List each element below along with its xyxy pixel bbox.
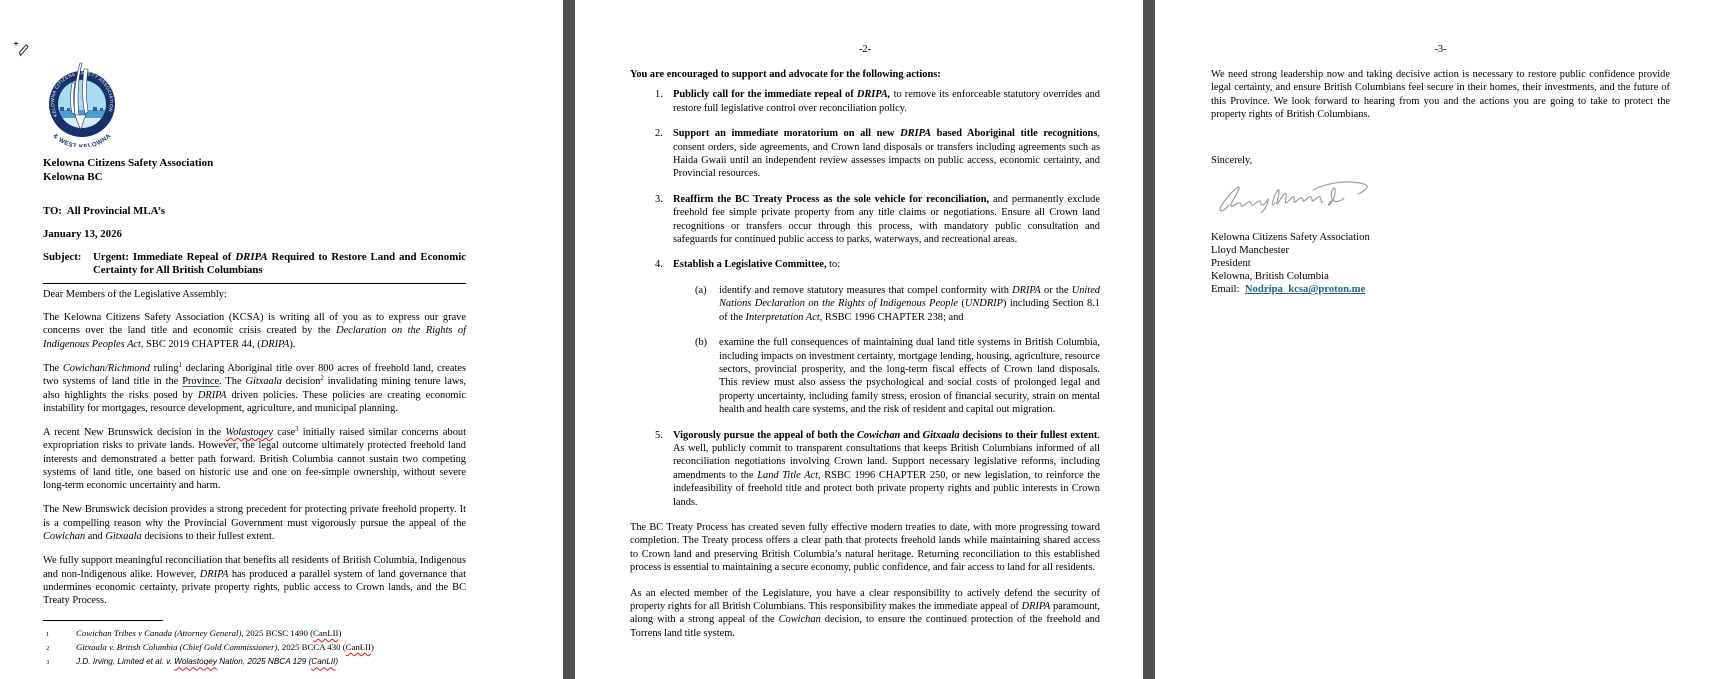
list-item-number: 5.	[655, 429, 673, 509]
text-segment: Nation	[217, 657, 243, 666]
paragraph: The Cowichan/Richmond ruling1 declaring …	[43, 362, 466, 416]
signature	[1215, 175, 1670, 224]
sub-item-text: examine the full consequences of maintai…	[719, 336, 1100, 416]
text-segment: (	[958, 298, 965, 309]
footnote-text: J.D. Irving, Limited et al. v. Wolastoqe…	[76, 655, 466, 669]
letter-page-1[interactable]: KELOWNA CITIZENS SAFETY ASSOCIATION & WE…	[0, 0, 563, 679]
list-item: 2. Support an immediate moratorium on al…	[630, 127, 1100, 181]
text-segment: , RSBC 1996 CHAPTER 238; and	[820, 312, 964, 323]
text-segment: based Aboriginal title recognitions	[931, 128, 1097, 139]
page-number: -2-	[630, 44, 1100, 55]
list-item: 1. Publicly call for the immediate repea…	[630, 88, 1100, 115]
text-segment: ).	[289, 339, 295, 350]
signer-name: Lloyd Manchester	[1211, 244, 1670, 257]
text-segment: The New Brunswick decision provides a st…	[43, 504, 466, 528]
text-segment: Wolastoqey	[225, 427, 273, 438]
pen-plus-cursor-icon	[13, 40, 31, 63]
text-segment: identify and remove statutory measures t…	[719, 285, 1012, 296]
text-segment: Land Title Act	[757, 470, 818, 481]
list-item-text: Establish a Legislative Committee, to:	[673, 258, 1100, 271]
text-segment: decision	[282, 376, 321, 387]
text-segment: Cowichan	[857, 430, 900, 441]
text-segment: UNDRIP	[965, 298, 1003, 309]
text-segment: Vigorously pursue the appeal of both the	[673, 430, 857, 441]
text-segment: , 2025 BCSC 1490 (	[241, 628, 313, 638]
text-segment: Cowichan Tribes v Canada (Attorney Gener…	[76, 628, 241, 638]
paragraph: We fully support meaningful reconciliati…	[43, 554, 466, 608]
text-segment: Support an immediate moratorium on all n…	[673, 128, 900, 139]
text-segment: DRIPA	[200, 569, 229, 580]
page1-body: The Kelowna Citizens Safety Association …	[43, 311, 466, 618]
text-segment: and	[85, 531, 105, 542]
text-segment: CanLII	[311, 657, 335, 666]
kcsa-logo: KELOWNA CITIZENS SAFETY ASSOCIATION & WE…	[44, 59, 120, 152]
text-segment: , 2025 NBCA 129 (	[243, 657, 311, 666]
subject-text: Urgent: Immediate Repeal of DRIPA Requir…	[93, 251, 466, 278]
text-segment: Email:	[1211, 283, 1245, 295]
text-segment: CanLII	[346, 642, 371, 652]
letterhead-org-name: Kelowna Citizens Safety Association	[43, 157, 213, 171]
email-line: Email: Nodripa_kcsa@proton.me	[1211, 283, 1670, 296]
text-segment: J.D. Irving, Limited et al. v.	[76, 657, 174, 666]
list-item-number: 1.	[655, 88, 673, 115]
text-segment: DRIPA	[261, 339, 290, 350]
text-segment: Interpretation Act	[746, 312, 820, 323]
salutation: Dear Members of the Legislative Assembly…	[43, 289, 227, 300]
page-gap-divider	[1143, 0, 1155, 679]
text-segment: The BC Treaty Process has created seven …	[630, 522, 1100, 573]
page-gap-divider	[563, 0, 575, 679]
text-segment: examine the full consequences of maintai…	[719, 337, 1100, 415]
footnote-number: 2	[43, 641, 76, 655]
text-segment: You are encouraged to support and advoca…	[630, 69, 941, 80]
footnote: 2 Gitxaala v. British Columbia (Chief Go…	[43, 641, 466, 655]
footnote-number: 3	[43, 655, 76, 669]
text-segment: Cowichan	[43, 531, 85, 542]
actions-list: 1. Publicly call for the immediate repea…	[630, 88, 1100, 509]
text-segment: Publicly call for the immediate repeal o…	[673, 89, 857, 100]
sub-item-label: (b)	[695, 336, 719, 416]
paragraph: A recent New Brunswick decision in the W…	[43, 426, 466, 493]
text-segment: Cowichan/Richmond	[63, 363, 150, 374]
province-link[interactable]: Province	[182, 376, 219, 387]
actions-intro: You are encouraged to support and advoca…	[630, 68, 1100, 81]
subject-row: Subject: Urgent: Immediate Repeal of DRI…	[43, 251, 466, 284]
list-item-text: Publicly call for the immediate repeal o…	[673, 88, 1100, 115]
text-segment: DRIPA	[198, 390, 227, 401]
paragraph: We need strong leadership now and taking…	[1211, 68, 1670, 122]
list-item: 3. Reaffirm the BC Treaty Process as the…	[630, 193, 1100, 247]
footnote-separator	[43, 620, 163, 621]
text-segment: Reaffirm the BC Treaty Process as the so…	[673, 194, 989, 205]
list-item-number: 3.	[655, 193, 673, 247]
text-segment: or the	[1041, 285, 1072, 296]
text-segment: )	[335, 657, 338, 666]
document-viewer: KELOWNA CITIZENS SAFETY ASSOCIATION & WE…	[0, 0, 1711, 679]
text-segment: DRIPA,	[857, 89, 891, 100]
text-segment: DRIPA	[235, 251, 267, 263]
paragraph: The BC Treaty Process has created seven …	[630, 521, 1100, 575]
text-segment: , SBC 2019 CHAPTER 44, (	[141, 339, 261, 350]
paragraph: The New Brunswick decision provides a st…	[43, 503, 466, 543]
text-segment: A recent New Brunswick decision in the	[43, 427, 225, 438]
text-segment: DRIPA	[900, 128, 931, 139]
letterhead-city: Kelowna BC	[43, 171, 213, 185]
text-segment: decisions to their fullest extent.	[142, 531, 275, 542]
text-segment: Gitxaala	[105, 531, 141, 542]
signature-block: Kelowna Citizens Safety Association Lloy…	[1211, 231, 1670, 297]
signer-org: Kelowna Citizens Safety Association	[1211, 231, 1670, 244]
text-segment: DRIPA	[1012, 285, 1041, 296]
text-segment: and	[900, 430, 922, 441]
paragraph: As an elected member of the Legislature,…	[630, 587, 1100, 641]
sub-list-item: (a) identify and remove statutory measur…	[673, 284, 1100, 324]
text-segment: Establish a Legislative Committee,	[673, 259, 827, 270]
paragraph: The Kelowna Citizens Safety Association …	[43, 311, 466, 351]
sub-item-text: identify and remove statutory measures t…	[719, 284, 1100, 324]
footnote-text: Gitxaala v. British Columbia (Chief Gold…	[76, 641, 466, 655]
letterhead: Kelowna Citizens Safety Association Kelo…	[43, 157, 213, 184]
list-item: 4. Establish a Legislative Committee, to…	[630, 258, 1100, 416]
text-segment: . The	[219, 376, 245, 387]
text-segment: We need strong leadership now and taking…	[1211, 69, 1670, 120]
sub-item-label: (a)	[695, 284, 719, 324]
text-segment: CanLII	[313, 628, 338, 638]
text-segment: Gitxaala v. British Columbia (Chief Gold…	[76, 642, 277, 652]
text-segment: Gitxaala	[245, 376, 281, 387]
text-segment: Urgent: Immediate Repeal of	[93, 251, 235, 263]
letter-page-3[interactable]: -3- We need strong leadership now and ta…	[1155, 0, 1711, 679]
sub-list-item: (b) examine the full consequences of mai…	[673, 336, 1100, 416]
footnote: 1 Cowichan Tribes v Canada (Attorney Gen…	[43, 627, 466, 641]
list-item-number: 2.	[655, 127, 673, 181]
footnote-number: 1	[43, 627, 76, 641]
to-line: TO: All Provincial MLA’s	[43, 205, 165, 217]
signer-title: President	[1211, 257, 1670, 270]
text-segment: Gitxaala	[923, 430, 960, 441]
text-segment: )	[338, 628, 341, 638]
page-number: -3-	[1211, 44, 1670, 55]
text-segment: )	[371, 642, 374, 652]
text-segment: case	[273, 427, 295, 438]
signer-location: Kelowna, British Columbia	[1211, 270, 1670, 283]
list-item-text: Vigorously pursue the appeal of both the…	[673, 429, 1100, 509]
list-item-number: 4.	[655, 258, 673, 416]
text-segment: , 2025 BCCA 430 (	[277, 642, 345, 652]
footnote: 3 J.D. Irving, Limited et al. v. Wolasto…	[43, 655, 466, 669]
footnotes: 1 Cowichan Tribes v Canada (Attorney Gen…	[43, 620, 466, 670]
text-segment: The	[43, 363, 63, 374]
list-item-text: Reaffirm the BC Treaty Process as the so…	[673, 193, 1100, 247]
text-segment: Wolastoqey	[174, 657, 217, 666]
email-link[interactable]: Nodripa_kcsa@proton.me	[1245, 283, 1366, 295]
text-segment: ruling	[150, 363, 179, 374]
subject-label: Subject:	[43, 251, 93, 278]
letter-page-2[interactable]: -2- You are encouraged to support and ad…	[575, 0, 1143, 679]
text-segment: decisions to their fullest extent	[960, 430, 1098, 441]
text-segment: Cowichan	[779, 614, 821, 625]
list-item: 5. Vigorously pursue the appeal of both …	[630, 429, 1100, 509]
list-item-text: Support an immediate moratorium on all n…	[673, 127, 1100, 181]
date-line: January 13, 2026	[43, 228, 122, 240]
closing-salutation: Sincerely,	[1211, 155, 1670, 166]
text-segment: to:	[827, 259, 841, 270]
text-segment: DRIPA	[1022, 601, 1051, 612]
footnote-text: Cowichan Tribes v Canada (Attorney Gener…	[76, 627, 466, 641]
